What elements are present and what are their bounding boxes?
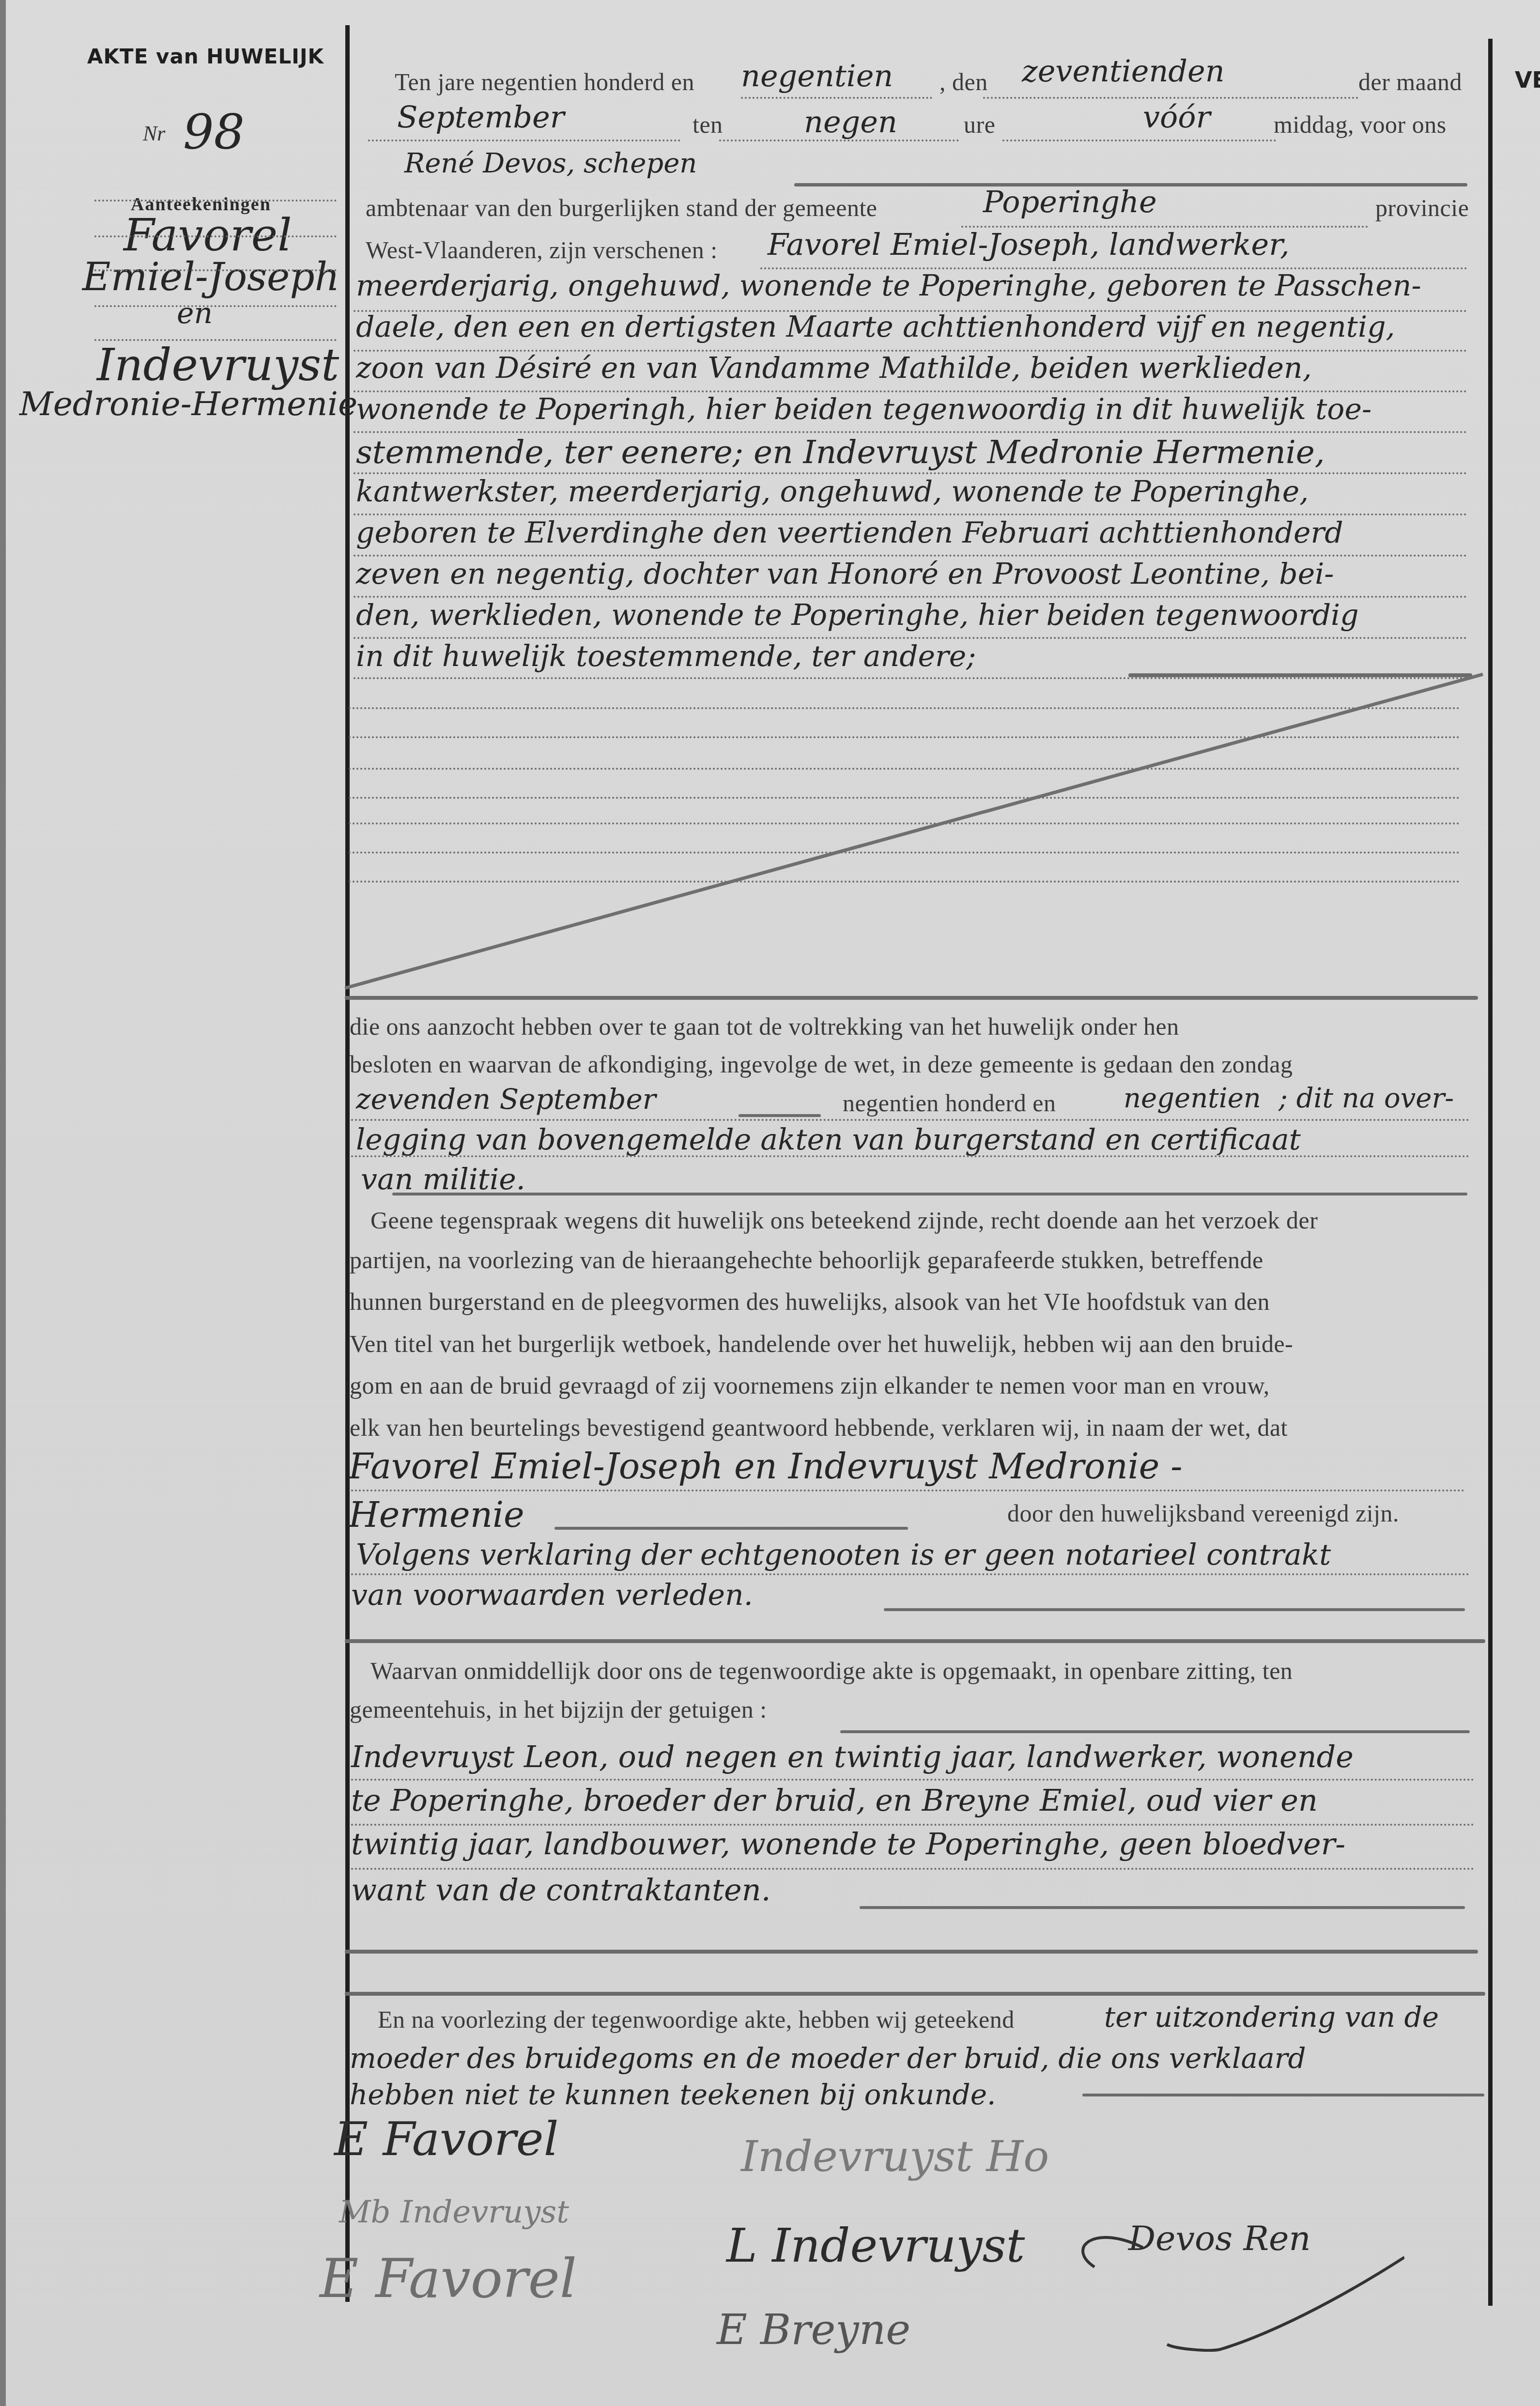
- declaration-text: Geene tegenspraak wegens dit huwelijk on…: [370, 1206, 1318, 1234]
- header-text: provincie: [1375, 194, 1469, 222]
- certificate-number: 98: [183, 104, 245, 160]
- signature-witness-1: L Indevruyst: [726, 2219, 1025, 2273]
- number-label: Nr: [143, 121, 165, 146]
- signature-groom-father: E Favorel: [320, 2248, 577, 2310]
- municipality-field: Poperinghe: [983, 184, 1157, 219]
- line-rule: [351, 1824, 1475, 1826]
- parties-line: stemmende, ter eenere; en Indevruyst Med…: [356, 434, 1325, 471]
- publication-continuation: van militie.: [361, 1163, 525, 1196]
- closing-exception: hebben niet te kunnen teekenen bij onkun…: [350, 2078, 996, 2111]
- signature-witness-2: E Breyne: [717, 2306, 910, 2354]
- parties-line: zoon van Désiré en van Vandamme Mathilde…: [356, 351, 1312, 385]
- spouses-names: Favorel Emiel-Joseph en Indevruyst Medro…: [349, 1446, 1183, 1487]
- line-rule: [351, 1868, 1475, 1870]
- line-rule: [351, 1119, 1470, 1121]
- line-rule: [354, 596, 1467, 598]
- margin-divider: [345, 25, 350, 2302]
- line-rule: [354, 513, 1467, 515]
- parties-line: kantwerkster, meerderjarig, ongehuwd, wo…: [356, 475, 1309, 509]
- line-rule: [354, 637, 1467, 639]
- publication-text: die ons aanzocht hebben over te gaan tot…: [350, 1012, 1179, 1040]
- fill-stroke: [739, 1114, 821, 1117]
- year-field: negentien: [741, 58, 893, 93]
- hour-field: negen: [804, 104, 897, 140]
- publication-continuation: ; dit na over-: [1278, 1083, 1454, 1114]
- declaration-text: gom en aan de bruid gevraagd of zij voor…: [350, 1371, 1270, 1399]
- right-divider: [1488, 39, 1493, 2306]
- section-divider: [345, 1639, 1485, 1643]
- witness-line: te Poperinghe, broeder der bruid, en Bre…: [351, 1783, 1318, 1818]
- closing-exception: moeder des bruidegoms en de moeder der b…: [350, 2042, 1306, 2075]
- publication-text: negentien honderd en: [843, 1089, 1056, 1117]
- signature-bride: Mb Indevruyst: [339, 2194, 569, 2230]
- publication-continuation: legging van bovengemelde akten van burge…: [356, 1123, 1301, 1157]
- officer-field: René Devos, schepen: [404, 148, 697, 179]
- section-divider: [345, 1992, 1485, 1996]
- parties-line: wonende te Poperingh, hier beiden tegenw…: [356, 392, 1371, 426]
- declaration-text: Ven titel van het burgerlijk wetboek, ha…: [350, 1330, 1293, 1358]
- parties-line: den, werklieden, wonende te Poperinghe, …: [356, 598, 1359, 632]
- parties-line: meerderjarig, ongehuwd, wonende te Poper…: [356, 269, 1421, 303]
- witness-line: Indevruyst Leon, oud negen en twintig ja…: [351, 1739, 1354, 1774]
- publication-text: besloten en waarvan de afkondiging, inge…: [350, 1050, 1293, 1078]
- section-divider: [345, 996, 1478, 1000]
- fill-stroke: [884, 1608, 1465, 1611]
- section-divider: [345, 1950, 1478, 1954]
- field-rule: [983, 97, 1358, 99]
- contract-note: van voorwaarden verleden.: [351, 1578, 753, 1612]
- header-text: , den: [939, 68, 988, 96]
- margin-rule: [94, 200, 337, 202]
- signature-groom: E Favorel: [334, 2112, 558, 2166]
- header-text: der maand: [1358, 68, 1462, 96]
- header-text: ure: [964, 110, 995, 139]
- cancellation-diagonal: [345, 668, 1493, 1008]
- header-text: middag, voor ons: [1274, 110, 1447, 139]
- header-text: ten: [693, 110, 723, 139]
- margin-rule: [94, 269, 337, 271]
- next-page-heading-fragment: VE: [1515, 67, 1540, 93]
- parties-line: zeven en negentig, dochter van Honoré en…: [356, 557, 1334, 591]
- field-rule: [368, 140, 680, 141]
- groom-field: Favorel Emiel-Joseph, landwerker,: [768, 227, 1290, 262]
- margin-rule: [94, 305, 337, 307]
- line-rule: [351, 1490, 1465, 1491]
- line-rule: [351, 1155, 1470, 1157]
- closing-exception: ter uitzondering van de: [1104, 2001, 1439, 2033]
- header-text: Ten jare negentien honderd en: [395, 68, 694, 96]
- fill-stroke: [1082, 2094, 1484, 2096]
- declaration-text: door den huwelijksband vereenigd zijn.: [1007, 1499, 1399, 1527]
- witness-intro-text: gemeentehuis, in het bijzijn der getuige…: [350, 1695, 767, 1723]
- contract-note: Volgens verklaring der echtgenooten is e…: [356, 1538, 1331, 1572]
- margin-note-line: Indevruyst: [97, 339, 339, 391]
- signature-bride-father: Indevruyst Ho: [741, 2131, 1049, 2181]
- margin-note-line: Medronie-Hermenie: [19, 385, 357, 423]
- line-rule: [354, 555, 1467, 557]
- header-text: ambtenaar van den burgerlijken stand der…: [366, 194, 877, 222]
- line-rule: [351, 1779, 1475, 1781]
- margin-note-line: en: [177, 296, 213, 330]
- witness-line: want van de contraktanten.: [351, 1872, 770, 1908]
- month-field: September: [397, 99, 564, 135]
- field-rule: [1002, 140, 1276, 141]
- declaration-text: partijen, na voorlezing van de hieraange…: [350, 1246, 1263, 1274]
- witness-line: twintig jaar, landbouwer, wonende te Pop…: [351, 1826, 1345, 1862]
- day-field: zeventienden: [1022, 53, 1225, 89]
- fill-stroke: [840, 1730, 1470, 1733]
- spouses-names: Hermenie: [349, 1494, 524, 1535]
- declaration-text: hunnen burgerstand en de pleegvormen des…: [350, 1288, 1270, 1316]
- field-rule: [719, 140, 959, 141]
- field-rule: [741, 97, 932, 99]
- certificate-page: VE AKTE van HUWELIJK Nr 98 Aanteekeninge…: [0, 0, 1540, 2406]
- publication-date-field: zevenden September: [356, 1083, 656, 1116]
- parties-line: daele, den een en dertigsten Maarte acht…: [356, 310, 1395, 344]
- closing-text: En na voorlezing der tegenwoordige akte,…: [378, 2005, 1015, 2033]
- line-rule: [354, 472, 1467, 474]
- fill-stroke: [860, 1906, 1465, 1909]
- time-of-day-field: vóór: [1143, 99, 1210, 135]
- officer-flourish: [1065, 2228, 1404, 2354]
- parties-line: geboren te Elverdinghe den veertienden F…: [356, 516, 1343, 550]
- page-edge: [0, 0, 6, 2406]
- fill-stroke: [554, 1527, 908, 1530]
- margin-rule: [94, 235, 337, 237]
- line-rule: [354, 431, 1467, 433]
- certificate-title: AKTE van HUWELIJK: [87, 45, 344, 68]
- margin-rule: [94, 339, 337, 341]
- header-text: West-Vlaanderen, zijn verschenen :: [366, 236, 718, 264]
- declaration-text: elk van hen beurtelings bevestigend gean…: [350, 1413, 1288, 1442]
- margin-note-line: Emiel-Joseph: [82, 254, 339, 299]
- witness-intro-text: Waarvan onmiddellijk door ons de tegenwo…: [370, 1657, 1293, 1685]
- publication-year-field: negentien: [1124, 1083, 1261, 1114]
- line-rule: [351, 1573, 1470, 1575]
- fill-stroke: [392, 1193, 1467, 1195]
